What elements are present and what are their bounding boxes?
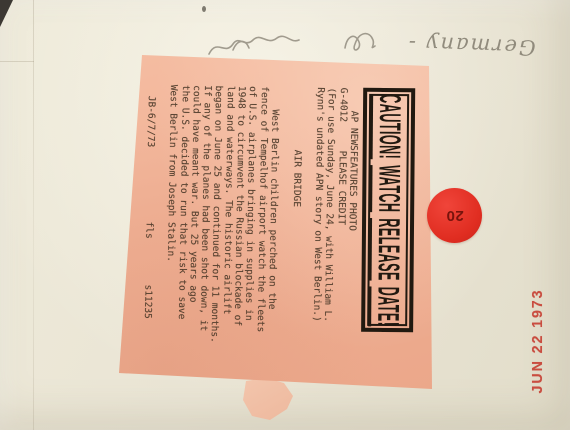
- caption-slip: CAUTION!WATCHRELEASEDATE! AP NEWSFEATURE…: [115, 50, 437, 394]
- paper-crease-horizontal: [0, 61, 34, 62]
- typed-caption: AP NEWSFEATURES PHOTO G-4012 PLEASE CRED…: [141, 84, 360, 360]
- photo-backing: Germany - CAUTION!WATCHRELEASEDATE! AP N…: [0, 0, 570, 430]
- paper-crease-vertical: [33, 0, 34, 430]
- sticker-number: 20: [446, 207, 464, 224]
- paper-speck: [202, 6, 206, 12]
- stamp-word: WATCH: [369, 165, 405, 213]
- caution-stamp: CAUTION!WATCHRELEASEDATE!: [363, 88, 415, 332]
- page-number-sticker: 20: [427, 188, 482, 243]
- date-stamp: JUN 22 1973: [529, 286, 545, 396]
- stamp-text: CAUTION!WATCHRELEASEDATE!: [370, 91, 406, 329]
- torn-scrap: [240, 375, 298, 425]
- stamp-word: RELEASE: [369, 218, 406, 281]
- stamp-word: DATE!: [368, 286, 404, 326]
- handwriting-note: Germany -: [385, 10, 536, 59]
- stamp-word: CAUTION!: [370, 94, 407, 159]
- corner-mark: [0, 0, 13, 27]
- pencil-scribble: [205, 20, 385, 62]
